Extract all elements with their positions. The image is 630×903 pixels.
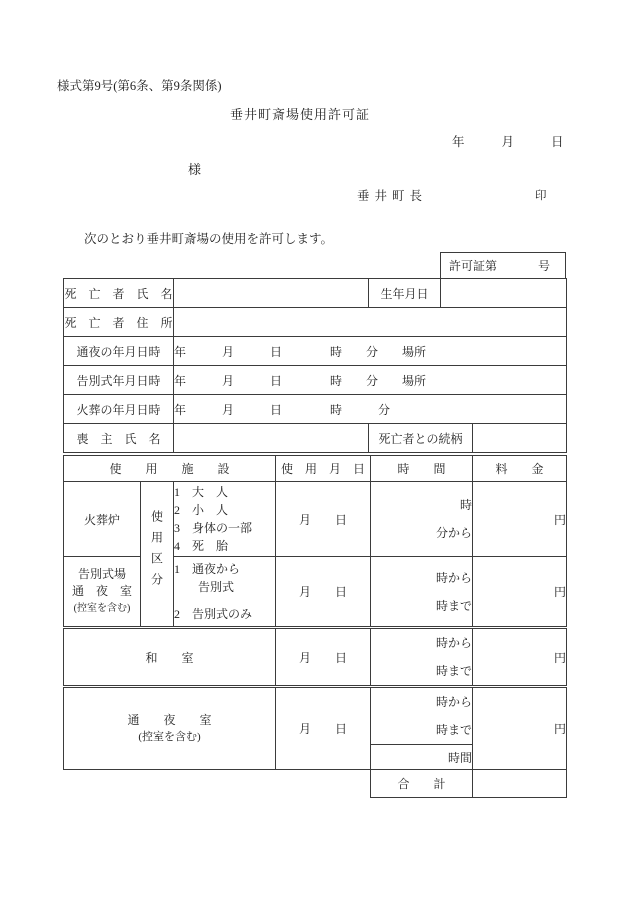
page-title: 垂井町斎場使用許可証 xyxy=(0,104,600,123)
table-row: 死 亡 者 住 所 xyxy=(64,308,567,337)
time-line: 時から xyxy=(371,564,472,592)
table-row: 火葬の年月日時 年 月 日 時 分 xyxy=(64,395,567,424)
wake-datetime-value: 年 月 日 時 分 場所 xyxy=(174,337,567,366)
deceased-address-value xyxy=(174,308,567,337)
time-line: 時まで xyxy=(371,716,472,744)
cremation-date-cell: 月 日 xyxy=(276,482,371,557)
table-row: 通夜の年月日時 年 月 日 時 分 場所 xyxy=(64,337,567,366)
deceased-address-label: 死 亡 者 住 所 xyxy=(64,308,174,337)
facility-note: (控室を含む) xyxy=(64,729,275,746)
farewell-category-list: 1 通夜から 告別式 2 告別式のみ xyxy=(174,557,276,628)
cremation-datetime-label: 火葬の年月日時 xyxy=(64,395,174,424)
usage-category-vertical-text: 使用区分 xyxy=(149,510,166,594)
japanese-room-date-cell: 月 日 xyxy=(276,628,371,687)
japanese-room-time-cell: 時から 時まで xyxy=(371,628,473,687)
farewell-datetime-label: 告別式年月日時 xyxy=(64,366,174,395)
date-year-label: 年 xyxy=(452,132,465,150)
time-line: 時まで xyxy=(371,657,472,685)
wake-room-label: 通 夜 室 (控室を含む) xyxy=(64,687,276,770)
wake-datetime-label: 通夜の年月日時 xyxy=(64,337,174,366)
farewell-hall-row: 告別式場 通 夜 室 (控室を含む) 1 通夜から 告別式 2 告別式のみ 月 … xyxy=(64,557,567,628)
usage-category-label: 使用区分 xyxy=(141,482,174,628)
deceased-info-table: 死 亡 者 氏 名 生年月日 死 亡 者 住 所 通夜の年月日時 年 月 日 時… xyxy=(63,278,567,453)
issuer-title: 垂井町長 xyxy=(357,186,427,204)
intro-sentence: 次のとおり垂井町斎場の使用を許可します。 xyxy=(84,229,333,247)
fee-column-header: 料 金 xyxy=(473,456,567,482)
facility-column-header: 使 用 施 設 xyxy=(64,456,276,482)
facility-line: 通 夜 室 xyxy=(64,712,275,729)
permit-number-suffix: 号 xyxy=(538,257,550,274)
facility-header-row: 使 用 施 設 使 用 月 日 時 間 料 金 xyxy=(64,456,567,482)
relation-label: 死亡者との続柄 xyxy=(369,424,473,453)
wake-room-time-cell: 時から 時まで xyxy=(371,687,473,745)
japanese-room-row: 和 室 月 日 時から 時まで 円 xyxy=(64,628,567,687)
wake-room-row: 通 夜 室 (控室を含む) 月 日 時から 時まで 円 xyxy=(64,687,567,745)
total-row-spacer xyxy=(64,770,371,798)
date-month-label: 月 xyxy=(502,132,515,150)
farewell-time-cell: 時から 時まで xyxy=(371,557,473,628)
category-item: 1 大 人 xyxy=(174,483,275,501)
deceased-name-label: 死 亡 者 氏 名 xyxy=(64,279,174,308)
birth-date-label: 生年月日 xyxy=(369,279,441,308)
wake-room-date-cell: 月 日 xyxy=(276,687,371,770)
japanese-room-label: 和 室 xyxy=(64,628,276,687)
facility-line: 告別式場 xyxy=(64,566,140,583)
facility-note: (控室を含む) xyxy=(64,600,140,617)
category-item: 3 身体の一部 xyxy=(174,519,275,537)
cremation-furnace-row: 火葬炉 使用区分 1 大 人 2 小 人 3 身体の一部 4 死 胎 月 日 時… xyxy=(64,482,567,557)
permit-number-prefix: 許可証第 xyxy=(449,257,497,274)
form-number: 様式第9号(第6条、第9条関係) xyxy=(57,76,222,94)
category-item: 1 通夜から xyxy=(174,560,275,578)
cremation-datetime-value: 年 月 日 時 分 xyxy=(174,395,567,424)
category-item: 2 告別式のみ xyxy=(174,605,275,623)
cremation-fee-cell: 円 xyxy=(473,482,567,557)
time-line: 時 xyxy=(371,491,472,519)
relation-value xyxy=(473,424,567,453)
time-column-header: 時 間 xyxy=(371,456,473,482)
facility-usage-table: 使 用 施 設 使 用 月 日 時 間 料 金 火葬炉 使用区分 1 大 人 2… xyxy=(63,455,567,798)
total-label: 合 計 xyxy=(371,770,473,798)
mourner-name-label: 喪 主 氏 名 xyxy=(64,424,174,453)
time-line: 分から xyxy=(371,519,472,547)
wake-room-fee-cell: 円 xyxy=(473,687,567,770)
date-column-header: 使 用 月 日 xyxy=(276,456,371,482)
category-item: 告別式 xyxy=(174,578,275,596)
table-row: 喪 主 氏 名 死亡者との続柄 xyxy=(64,424,567,453)
table-row: 告別式年月日時 年 月 日 時 分 場所 xyxy=(64,366,567,395)
total-fee-cell xyxy=(473,770,567,798)
deceased-name-value xyxy=(174,279,369,308)
date-day-label: 日 xyxy=(551,132,564,150)
category-item: 2 小 人 xyxy=(174,501,275,519)
cremation-furnace-label: 火葬炉 xyxy=(64,482,141,557)
time-line: 時から xyxy=(371,629,472,657)
farewell-fee-cell: 円 xyxy=(473,557,567,628)
addressee-suffix: 様 xyxy=(188,159,201,178)
cremation-category-list: 1 大 人 2 小 人 3 身体の一部 4 死 胎 xyxy=(174,482,276,557)
table-row: 死 亡 者 氏 名 生年月日 xyxy=(64,279,567,308)
total-row: 合 計 xyxy=(64,770,567,798)
cremation-time-cell: 時 分から xyxy=(371,482,473,557)
time-line: 時まで xyxy=(371,592,472,620)
duration-cell: 時間 xyxy=(371,745,473,770)
permit-form-page: 様式第9号(第6条、第9条関係) 垂井町斎場使用許可証 年 月 日 様 垂井町長… xyxy=(0,0,630,903)
farewell-hall-label: 告別式場 通 夜 室 (控室を含む) xyxy=(64,557,141,628)
birth-date-value xyxy=(441,279,567,308)
farewell-datetime-value: 年 月 日 時 分 場所 xyxy=(174,366,567,395)
time-line: 時から xyxy=(371,688,472,716)
issue-date-line: 年 月 日 xyxy=(452,132,564,150)
seal-mark: 印 xyxy=(535,187,547,203)
permit-number-box: 許可証第 号 xyxy=(440,252,566,279)
farewell-date-cell: 月 日 xyxy=(276,557,371,628)
japanese-room-fee-cell: 円 xyxy=(473,628,567,687)
facility-line: 通 夜 室 xyxy=(64,583,140,600)
category-item: 4 死 胎 xyxy=(174,537,275,555)
mourner-name-value xyxy=(174,424,369,453)
